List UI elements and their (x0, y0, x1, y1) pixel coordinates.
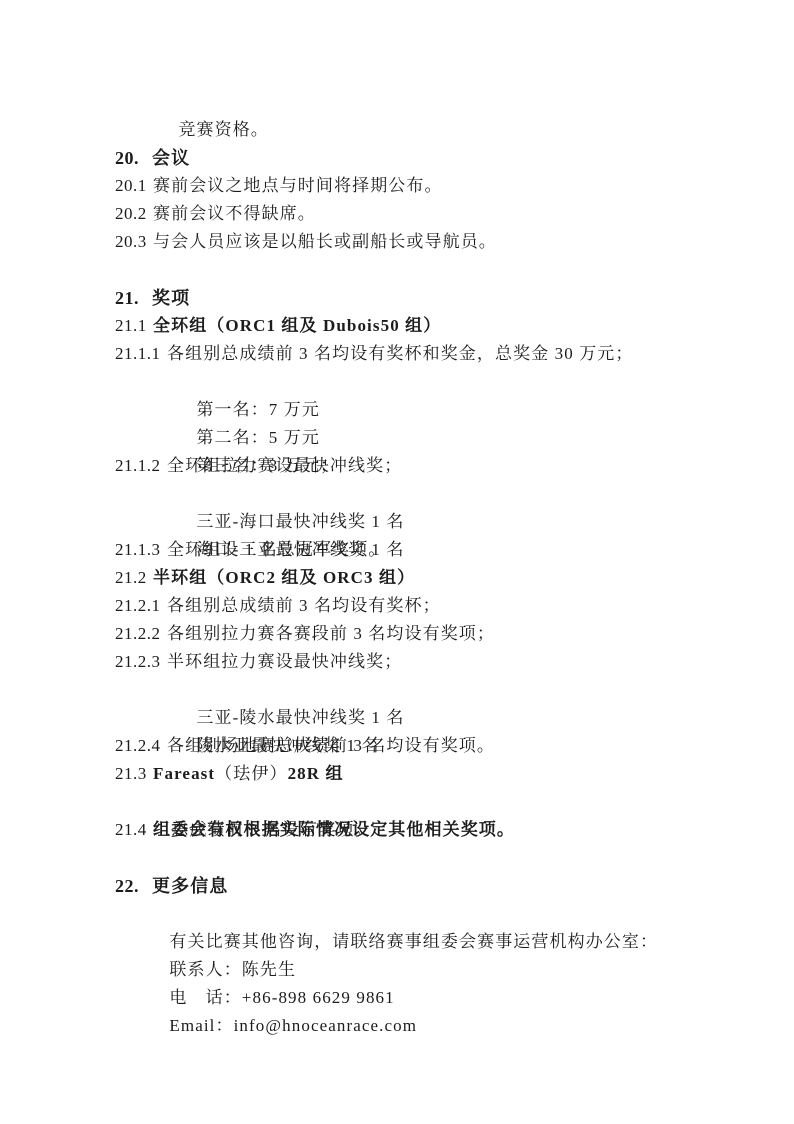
item-21-3-parenthetical: （珐伊） (215, 760, 287, 788)
item-21-1-2: 21.1.2 全环组拉力赛设最快冲线奖； (0, 452, 794, 480)
contact-email-text: Email：info@hnoceanrace.com (169, 1016, 417, 1035)
item-21-4: 21.4 组委会有权根据实际情况设定其他相关奖项。 (0, 816, 794, 844)
item-21-1-number: 21.1 (115, 312, 153, 340)
item-20-2: 20.2 赛前会议不得缺席。 (0, 200, 794, 228)
contact-person-text: 联系人：陈先生 (169, 960, 296, 979)
blank-line (0, 256, 794, 284)
item-20-1: 20.1 赛前会议之地点与时间将择期公布。 (0, 172, 794, 200)
item-21-4-text: 组委会有权根据实际情况设定其他相关奖项。 (153, 816, 515, 844)
prize-third: 第三名：3 万元； (0, 424, 794, 452)
section-21-title: 奖项 (152, 284, 190, 312)
paragraph-continuation: 竞赛资格。 (0, 88, 794, 116)
contact-email: Email：info@hnoceanrace.com (0, 984, 794, 1012)
contact-phone-text: 电 话：+86-898 6629 9861 (169, 988, 394, 1007)
prize-first-text: 第一名：7 万元 (196, 400, 320, 419)
item-21-2-3-number: 21.2.3 (115, 648, 167, 676)
item-21-4-number: 21.4 (115, 816, 153, 844)
sprint-sanya-lingshui-text: 三亚-陵水最快冲线奖 1 名 (196, 708, 404, 727)
item-20-1-text: 赛前会议之地点与时间将择期公布。 (153, 172, 443, 200)
item-21-1: 21.1 全环组（ORC1 组及 Dubois50 组） (0, 312, 794, 340)
contact-phone: 电 话：+86-898 6629 9861 (0, 956, 794, 984)
document-page: 竞赛资格。 20. 会议 20.1 赛前会议之地点与时间将择期公布。 20.2 … (0, 0, 794, 1124)
item-21-1-3-number: 21.1.3 (115, 536, 167, 564)
item-21-1-2-number: 21.1.2 (115, 452, 167, 480)
item-20-1-number: 20.1 (115, 172, 153, 200)
blank-line (0, 116, 794, 144)
item-21-2-1-text: 各组别总成绩前 3 名均设有奖杯； (167, 592, 441, 620)
sprint-sanya-haikou-text: 三亚-海口最快冲线奖 1 名 (196, 512, 404, 531)
item-21-2-2-number: 21.2.2 (115, 620, 167, 648)
item-20-2-text: 赛前会议不得缺席。 (153, 200, 316, 228)
item-21-2-3: 21.2.3 半环组拉力赛设最快冲线奖； (0, 648, 794, 676)
sprint-sanya-lingshui: 三亚-陵水最快冲线奖 1 名 (0, 676, 794, 704)
section-22-number: 22. (115, 872, 152, 900)
item-21-2-2-text: 各组别拉力赛各赛段前 3 名均设有奖项； (167, 620, 495, 648)
item-21-2-3-text: 半环组拉力赛设最快冲线奖； (167, 648, 402, 676)
item-21-2-2: 21.2.2 各组别拉力赛各赛段前 3 名均设有奖项； (0, 620, 794, 648)
item-21-1-1: 21.1.1 各组别总成绩前 3 名均设有奖杯和奖金，总奖金 30 万元； (0, 340, 794, 368)
section-21-number: 21. (115, 284, 152, 312)
section-20-number: 20. (115, 144, 152, 172)
item-20-3-text: 与会人员应该是以船长或副船长或导航员。 (153, 228, 497, 256)
item-21-2-1-number: 21.2.1 (115, 592, 167, 620)
item-21-3-fareast: Fareast (153, 760, 215, 788)
prize-first: 第一名：7 万元 (0, 368, 794, 396)
item-21-2-text: 半环组（ORC2 组及 ORC3 组） (153, 564, 415, 592)
item-21-3: 21.3 Fareast （珐伊） 28R 组 (0, 760, 794, 788)
item-21-2-1: 21.2.1 各组别总成绩前 3 名均设有奖杯； (0, 592, 794, 620)
contact-intro: 有关比赛其他咨询，请联络赛事组委会赛事运营机构办公室： (0, 900, 794, 928)
section-20-heading: 20. 会议 (0, 144, 794, 172)
prize-second: 第二名：5 万元 (0, 396, 794, 424)
item-21-2-number: 21.2 (115, 564, 153, 592)
section-20-title: 会议 (152, 144, 190, 172)
section-22-title: 更多信息 (152, 872, 228, 900)
item-21-1-1-text: 各组别总成绩前 3 名均设有奖杯和奖金，总奖金 30 万元； (167, 340, 634, 368)
item-21-2-4-number: 21.2.4 (115, 732, 167, 760)
item-21-1-3-text: 全环组设 1 名总冠军奖项。 (167, 536, 386, 564)
section-21-heading: 21. 奖项 (0, 284, 794, 312)
item-21-2-4-text: 各组别场地赛总成绩前 3 名均设有奖项。 (167, 732, 495, 760)
contact-intro-text: 有关比赛其他咨询，请联络赛事组委会赛事运营机构办公室： (169, 932, 658, 951)
section-22-heading: 22. 更多信息 (0, 872, 794, 900)
blank-line (0, 844, 794, 872)
item-20-3: 20.3 与会人员应该是以船长或副船长或导航员。 (0, 228, 794, 256)
item-21-1-2-text: 全环组拉力赛设最快冲线奖； (167, 452, 402, 480)
item-20-2-number: 20.2 (115, 200, 153, 228)
item-20-3-number: 20.3 (115, 228, 153, 256)
item-21-3-detail: 总成绩前 3 名设有奖项。 (0, 788, 794, 816)
sprint-sanya-haikou: 三亚-海口最快冲线奖 1 名 (0, 480, 794, 508)
item-21-1-1-number: 21.1.1 (115, 340, 167, 368)
prize-second-text: 第二名：5 万元 (196, 428, 320, 447)
item-21-3-class: 28R 组 (288, 760, 344, 788)
item-21-1-text: 全环组（ORC1 组及 Dubois50 组） (153, 312, 441, 340)
item-21-3-number: 21.3 (115, 760, 153, 788)
item-21-2-4: 21.2.4 各组别场地赛总成绩前 3 名均设有奖项。 (0, 732, 794, 760)
item-21-2: 21.2 半环组（ORC2 组及 ORC3 组） (0, 564, 794, 592)
continuation-text: 竞赛资格。 (178, 120, 269, 139)
